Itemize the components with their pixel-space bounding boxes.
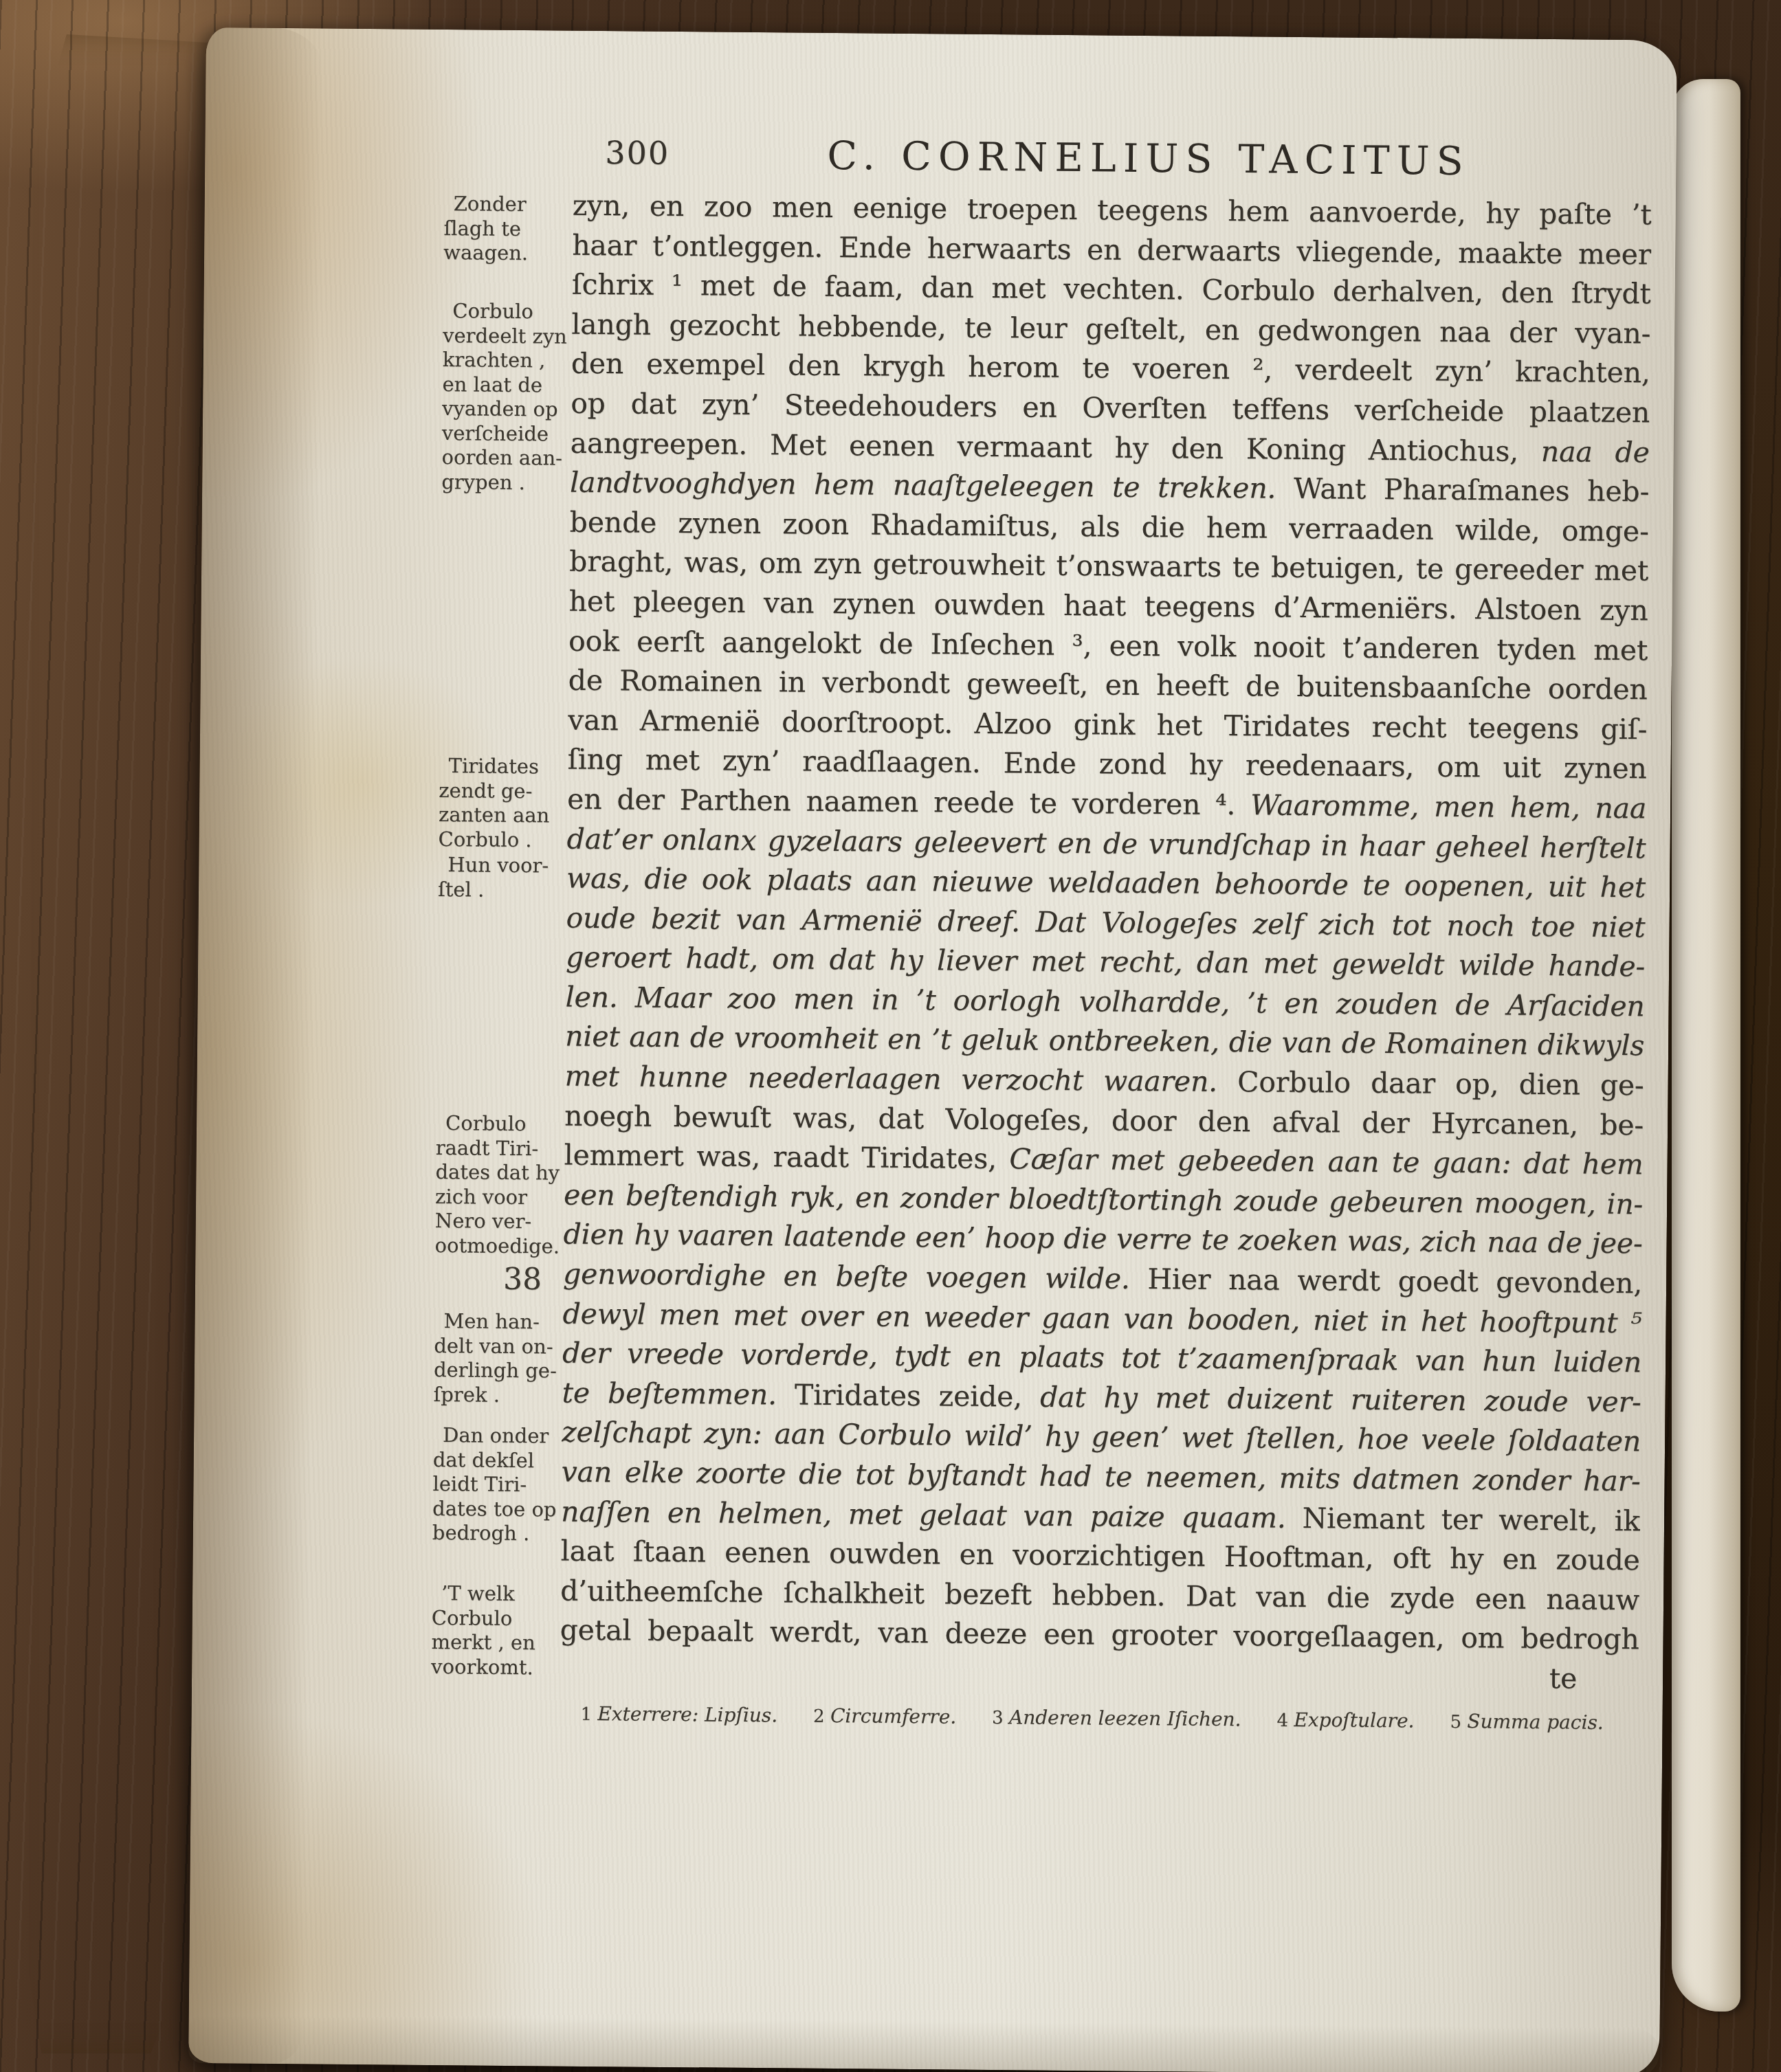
bottom-edge-shadow (188, 2015, 1660, 2072)
footnotes: 1 Exterrere: Lipſius.2 Circumferre.3 And… (580, 1702, 1781, 1735)
body-text: zyn, en zoo men eenige troepen teegens h… (560, 186, 1652, 1700)
margin-note: Tiridates zendt ge- zanten aan Corbulo . (439, 754, 564, 853)
section-number: 38 (434, 1267, 560, 1292)
gutter-shadow (188, 27, 323, 2064)
margin-note: Corbulo verdeelt zyn krachten , en laat … (441, 299, 568, 495)
margin-note: Dan onder dat dekſel leidt Tiri- dates t… (432, 1423, 559, 1546)
margin-note: Zonder ſlagh te waagen. (443, 192, 569, 266)
book-page: 300 C. CORNELIUS TACITUS Zonder ſlagh te… (188, 27, 1677, 2072)
page-number: 300 (605, 134, 670, 172)
running-header: C. CORNELIUS TACITUS (827, 133, 1470, 184)
footnote: 2 Circumferre. (813, 1704, 956, 1728)
margin-note: Hun voor- ſtel . (438, 853, 564, 903)
margin-note: ’T welk Corbulo merkt , en voorkomt. (431, 1581, 557, 1680)
footnote: 5 Summa pacis. (1450, 1710, 1604, 1734)
footnote: 3 Anderen leezen Iſichen. (992, 1706, 1241, 1730)
footnote: 4 Expoſtulare. (1276, 1708, 1414, 1733)
margin-note: Corbulo raadt Tiri- dates dat hy zich vo… (434, 1111, 561, 1259)
footnote: 1 Exterrere: Lipſius. (580, 1702, 777, 1726)
margin-note: Men han- delt van on- derlingh ge- ſprek… (433, 1309, 559, 1408)
